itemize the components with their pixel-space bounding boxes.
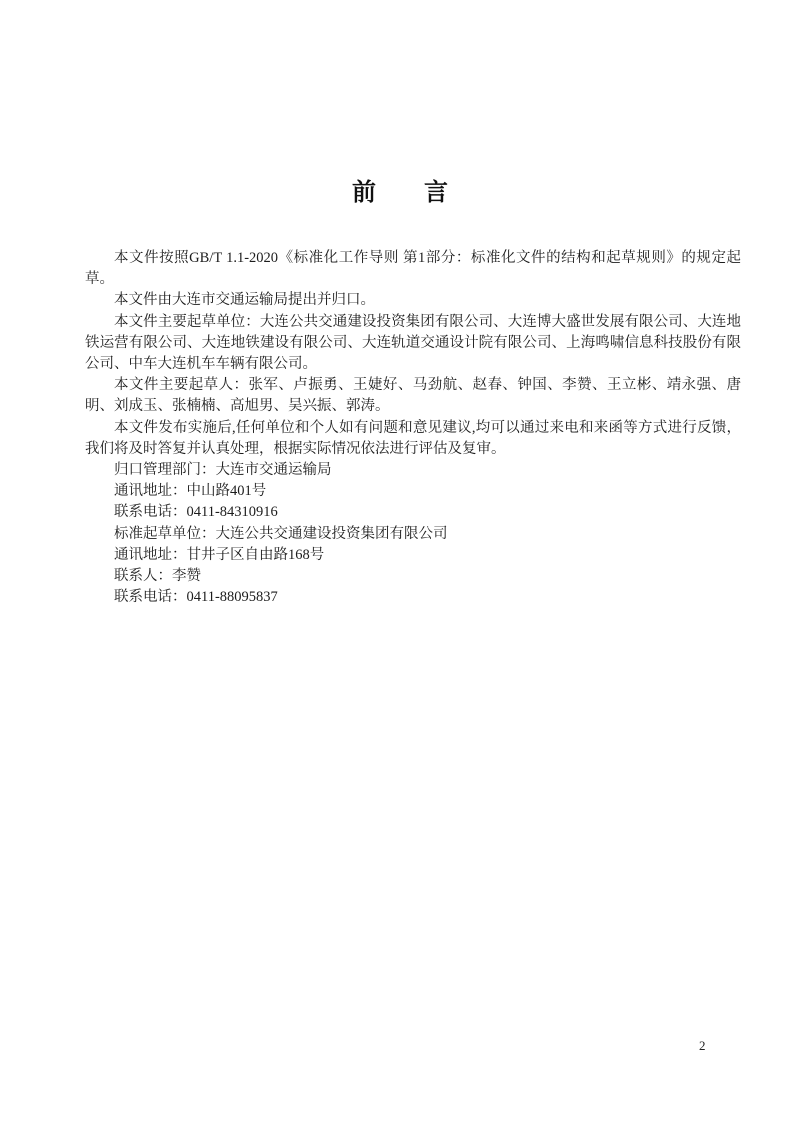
foreword-body: 本文件按照GB/T 1.1-2020《标准化工作导则 第1部分：标准化文件的结构… <box>85 248 741 608</box>
paragraph: 本文件主要起草人：张军、卢振勇、王婕好、马劲航、赵春、钟国、李赞、王立彬、靖永强… <box>85 375 741 417</box>
foreword-title: 前 言 <box>0 179 800 207</box>
page-number: 2 <box>699 1038 706 1054</box>
paragraph: 归口管理部门：大连市交通运输局 <box>85 460 741 481</box>
paragraph: 标准起草单位：大连公共交通建设投资集团有限公司 <box>85 524 741 545</box>
paragraph: 本文件主要起草单位：大连公共交通建设投资集团有限公司、大连博大盛世发展有限公司、… <box>85 312 741 376</box>
paragraph: 通讯地址：中山路401号 <box>85 481 741 502</box>
paragraph: 联系人：李赞 <box>85 566 741 587</box>
paragraph: 通讯地址：甘井子区自由路168号 <box>85 545 741 566</box>
paragraph: 联系电话：0411-84310916 <box>85 502 741 523</box>
paragraph: 联系电话：0411-88095837 <box>85 587 741 608</box>
paragraph: 本文件按照GB/T 1.1-2020《标准化工作导则 第1部分：标准化文件的结构… <box>85 248 741 290</box>
paragraph: 本文件由大连市交通运输局提出并归口。 <box>85 290 741 311</box>
document-page: 前 言 本文件按照GB/T 1.1-2020《标准化工作导则 第1部分：标准化文… <box>0 0 800 1132</box>
paragraph: 本文件发布实施后,任何单位和个人如有问题和意见建议,均可以通过来电和来函等方式进… <box>85 418 741 460</box>
